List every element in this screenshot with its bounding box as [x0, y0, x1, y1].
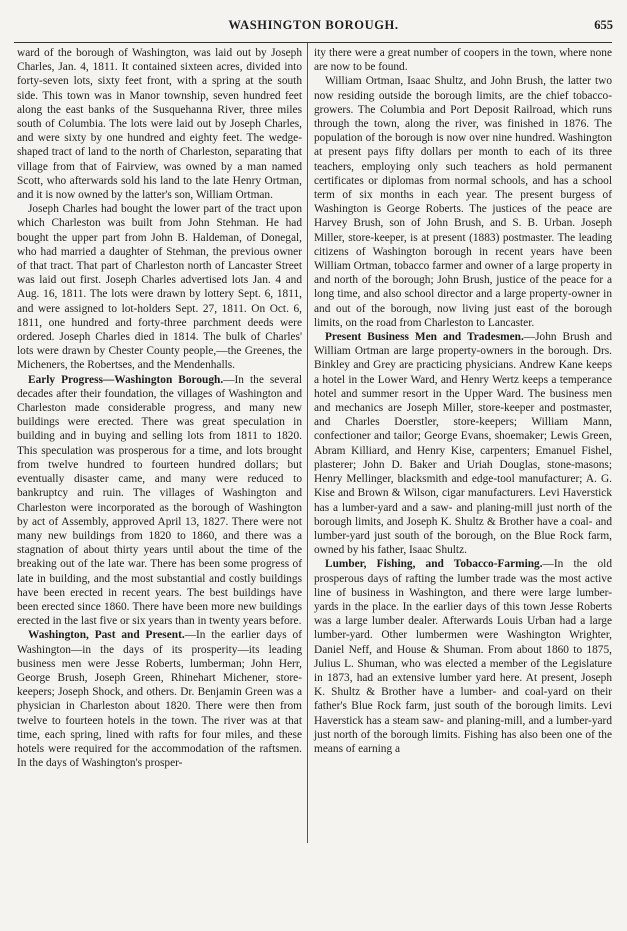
- page-number: 655: [594, 18, 613, 33]
- book-page: WASHINGTON BOROUGH. 655 ward of the boro…: [0, 0, 627, 931]
- right-column: ity there were a great number of coopers…: [314, 46, 612, 756]
- section-paragraph: Early Progress—Washington Borough.—In th…: [17, 373, 302, 629]
- section-heading: Present Business Men and Tradesmen.: [325, 331, 524, 343]
- section-paragraph: Washington, Past and Present.—In the ear…: [17, 628, 302, 770]
- section-body: —In the earlier days of Washington—in th…: [17, 629, 302, 769]
- running-head: WASHINGTON BOROUGH. 655: [0, 16, 627, 36]
- running-title: WASHINGTON BOROUGH.: [0, 18, 627, 33]
- paragraph: William Ortman, Isaac Shultz, and John B…: [314, 74, 612, 330]
- section-paragraph: Present Business Men and Tradesmen.—John…: [314, 330, 612, 557]
- section-body: —In the several decades after their foun…: [17, 374, 302, 627]
- left-column: ward of the borough of Washington, was l…: [17, 46, 302, 770]
- paragraph: ward of the borough of Washington, was l…: [17, 46, 302, 202]
- column-divider: [307, 43, 308, 843]
- paragraph: ity there were a great number of coopers…: [314, 46, 612, 74]
- header-rule: [14, 42, 612, 43]
- section-paragraph: Lumber, Fishing, and Tobacco-Farming.—In…: [314, 557, 612, 756]
- paragraph: Joseph Charles had bought the lower part…: [17, 202, 302, 372]
- section-body: —John Brush and William Ortman are large…: [314, 331, 612, 556]
- section-heading: Lumber, Fishing, and Tobacco-Farming.: [325, 558, 543, 570]
- section-body: —In the old prosperous days of rafting t…: [314, 558, 612, 755]
- section-heading: Washington, Past and Present.: [28, 629, 185, 641]
- section-heading: Early Progress—Washington Borough.: [28, 374, 223, 386]
